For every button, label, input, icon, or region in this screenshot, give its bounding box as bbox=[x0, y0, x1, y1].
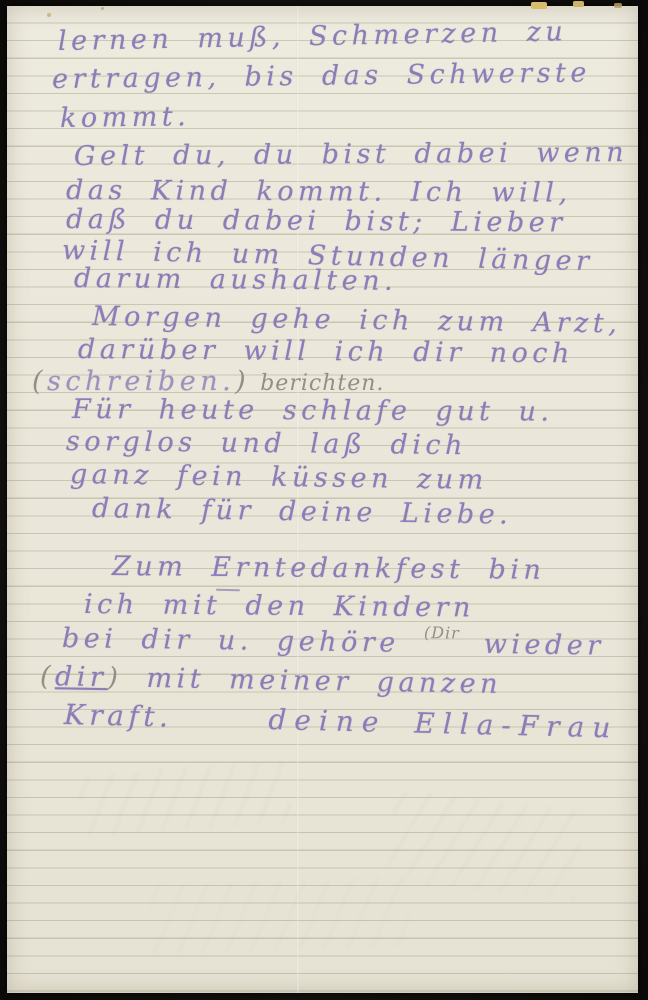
letter-line: Gelt du, du bist dabei wenn bbox=[74, 137, 628, 172]
letter-line: (schreiben.)berichten. bbox=[32, 366, 384, 397]
letter-line: sorglos und laß dich bbox=[66, 426, 467, 461]
letter-line-ink: bei dir u. gehöre bbox=[62, 623, 400, 659]
letter-line: kommt. bbox=[60, 101, 191, 134]
letter-line-ink: mit meiner ganzen bbox=[146, 663, 502, 700]
letter-line-ink: Kraft. bbox=[64, 698, 173, 734]
scan-background: lernen muß, Schmerzen zu ertragen, bis d… bbox=[0, 0, 648, 1000]
pencil-paren-open: ( bbox=[40, 661, 56, 692]
letter-line: ich mit den Kindern bbox=[84, 589, 475, 623]
letter-line: dank für deine Liebe. bbox=[92, 493, 513, 531]
letter-line: ganz fein küssen zum bbox=[70, 459, 488, 496]
tape-residue bbox=[614, 3, 622, 8]
pencil-paren-open: ( bbox=[32, 366, 47, 397]
tape-residue bbox=[573, 1, 584, 7]
letter-line: daß du dabei bist; Lieber bbox=[66, 204, 567, 238]
tape-residue bbox=[531, 2, 547, 9]
letter-line: darüber will ich dir noch bbox=[78, 334, 574, 369]
letter-line-ink: wieder bbox=[484, 629, 605, 662]
pencil-paren-close: ) bbox=[235, 366, 250, 397]
circled-word-ink: dir bbox=[55, 661, 108, 693]
paper-speck bbox=[101, 7, 104, 10]
pencil-insertion: (Dir bbox=[424, 623, 460, 642]
paper-speck bbox=[47, 13, 51, 17]
letter-line: ertragen, bis das Schwerste bbox=[52, 57, 591, 95]
letter-line: Für heute schlafe gut u. bbox=[72, 394, 554, 428]
crossed-word-ink: schreiben. bbox=[47, 366, 235, 397]
letter-line: darum aushalten. bbox=[74, 263, 397, 297]
pencil-paren-close: ) bbox=[107, 662, 123, 693]
letter-line: Zum Erntedankfest bin bbox=[112, 551, 546, 586]
pencil-correction-word: berichten. bbox=[260, 371, 384, 396]
